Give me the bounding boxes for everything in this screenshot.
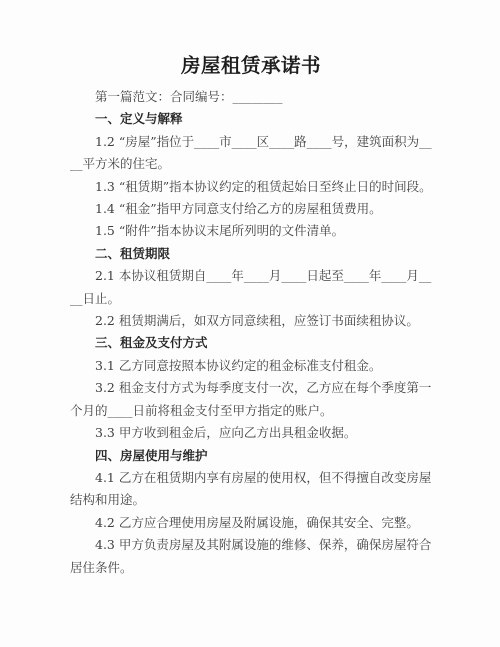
section-heading-rent-payment: 三、租金及支付方式 <box>70 332 432 354</box>
clause-1-5: 1.5 “附件”指本协议末尾所列明的文件清单。 <box>70 220 432 242</box>
section-heading-use-maintenance: 四、房屋使用与维护 <box>70 445 432 467</box>
document-page: 房屋租赁承诺书 第一篇范文：合同编号：________ 一、定义与解释 1.2 … <box>0 0 500 647</box>
clause-3-1: 3.1 乙方同意按照本协议约定的租金标准支付租金。 <box>70 355 432 377</box>
clause-3-3: 3.3 甲方收到租金后，应向乙方出具租金收据。 <box>70 422 432 444</box>
section-use-maintenance: 四、房屋使用与维护 4.1 乙方在租赁期内享有房屋的使用权，但不得擅自改变房屋结… <box>70 445 432 579</box>
clause-2-1: 2.1 本协议租赁期自____年____月____日起至____年____月__… <box>70 265 432 310</box>
section-heading-lease-term: 二、租赁期限 <box>70 243 432 265</box>
clause-2-2: 2.2 租赁期满后，如双方同意续租，应签订书面续租协议。 <box>70 310 432 332</box>
clause-4-2: 4.2 乙方应合理使用房屋及附属设施，确保其安全、完整。 <box>70 512 432 534</box>
clause-1-3: 1.3 “租赁期”指本协议约定的租赁起始日至终止日的时间段。 <box>70 176 432 198</box>
clause-1-2: 1.2 “房屋”指位于____市____区____路____号，建筑面积为___… <box>70 131 432 176</box>
section-rent-payment: 三、租金及支付方式 3.1 乙方同意按照本协议约定的租金标准支付租金。 3.2 … <box>70 332 432 444</box>
clause-3-2: 3.2 租金支付方式为每季度支付一次，乙方应在每个季度第一个月的____日前将租… <box>70 377 432 422</box>
subtitle-contract-number-line: 第一篇范文：合同编号：________ <box>70 86 432 108</box>
document-title: 房屋租赁承诺书 <box>70 52 432 80</box>
section-definitions: 一、定义与解释 1.2 “房屋”指位于____市____区____路____号，… <box>70 108 432 242</box>
clause-1-4: 1.4 “租金”指甲方同意支付给乙方的房屋租赁费用。 <box>70 198 432 220</box>
clause-4-1: 4.1 乙方在租赁期内享有房屋的使用权，但不得擅自改变房屋结构和用途。 <box>70 467 432 512</box>
clause-4-3: 4.3 甲方负责房屋及其附属设施的维修、保养，确保房屋符合居住条件。 <box>70 534 432 579</box>
section-lease-term: 二、租赁期限 2.1 本协议租赁期自____年____月____日起至____年… <box>70 243 432 333</box>
section-heading-definitions: 一、定义与解释 <box>70 108 432 130</box>
